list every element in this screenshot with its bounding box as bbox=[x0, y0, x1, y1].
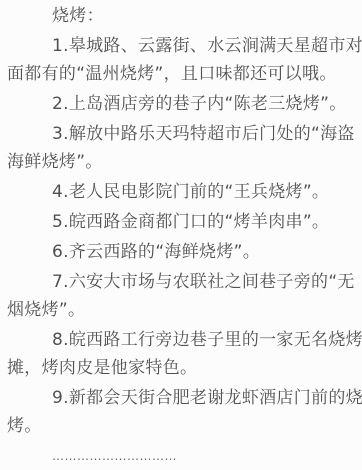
paragraph-9-line-1: 9.新都会天街合肥老谢龙虾酒店门前的烧 bbox=[7, 384, 356, 412]
section-title-text: 烧烤： bbox=[7, 2, 356, 30]
paragraph-4-line-1: 4.老人民电影院门前的“王兵烧烤”。 bbox=[7, 178, 356, 206]
paragraph-6: 6.齐云西路的“海鲜烧烤”。 bbox=[7, 238, 356, 266]
article-body: 烧烤： 1.皋城路、云露街、水云涧满天星超市对 面都有的“温州烧烤”，且口味都还… bbox=[0, 0, 362, 470]
paragraph-3-line-2: 海鲜烧烤”。 bbox=[7, 148, 356, 176]
paragraph-8-line-2: 摊，烤肉皮是他家特色。 bbox=[7, 354, 356, 382]
paragraph-1-line-2: 面都有的“温州烧烤”，且口味都还可以哦。 bbox=[7, 60, 356, 88]
paragraph-1-line-1: 1.皋城路、云露街、水云涧满天星超市对 bbox=[7, 32, 356, 60]
paragraph-8-line-1: 8.皖西路工行旁边巷子里的一家无名烧烤 bbox=[7, 326, 356, 354]
ellipsis-separator: ………………………… bbox=[7, 442, 356, 470]
paragraph-9-line-2: 烤。 bbox=[7, 412, 356, 440]
paragraph-5-line-1: 5.皖西路金商都门口的“烤羊肉串”。 bbox=[7, 208, 356, 236]
paragraph-7-line-1: 7.六安大市场与农联社之间巷子旁的“无 bbox=[7, 268, 356, 296]
paragraph-7-line-2: 烟烧烤”。 bbox=[7, 296, 356, 324]
paragraph-1: 1.皋城路、云露街、水云涧满天星超市对 面都有的“温州烧烤”，且口味都还可以哦。 bbox=[7, 32, 356, 88]
paragraph-3: 3.解放中路乐天玛特超市后门处的“海盗 海鲜烧烤”。 bbox=[7, 120, 356, 176]
ellipsis-text: ………………………… bbox=[7, 442, 356, 470]
paragraph-2: 2.上岛酒店旁的巷子内“陈老三烧烤”。 bbox=[7, 90, 356, 118]
paragraph-8: 8.皖西路工行旁边巷子里的一家无名烧烤 摊，烤肉皮是他家特色。 bbox=[7, 326, 356, 382]
paragraph-6-line-1: 6.齐云西路的“海鲜烧烤”。 bbox=[7, 238, 356, 266]
section-title: 烧烤： bbox=[7, 2, 356, 30]
paragraph-3-line-1: 3.解放中路乐天玛特超市后门处的“海盗 bbox=[7, 120, 356, 148]
paragraph-9: 9.新都会天街合肥老谢龙虾酒店门前的烧 烤。 bbox=[7, 384, 356, 440]
paragraph-5: 5.皖西路金商都门口的“烤羊肉串”。 bbox=[7, 208, 356, 236]
paragraph-2-line-1: 2.上岛酒店旁的巷子内“陈老三烧烤”。 bbox=[7, 90, 356, 118]
paragraph-7: 7.六安大市场与农联社之间巷子旁的“无 烟烧烤”。 bbox=[7, 268, 356, 324]
paragraph-4: 4.老人民电影院门前的“王兵烧烤”。 bbox=[7, 178, 356, 206]
